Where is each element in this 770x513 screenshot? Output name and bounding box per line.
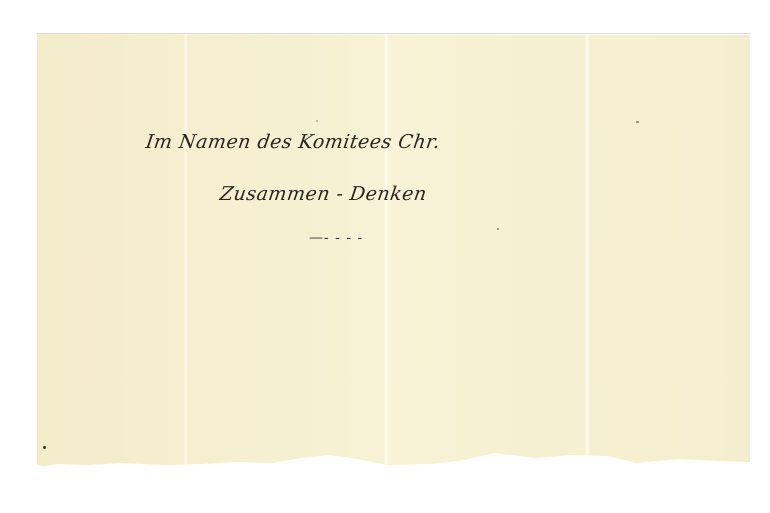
handwritten-line-2: Zusammen - Denken [218,183,428,205]
paper-top-edge [36,33,751,34]
handwritten-line-1: Im Namen des Komitees Chr. [144,131,441,153]
paper-speck [43,446,46,449]
paper-speck [636,121,639,123]
paper-sheet [37,34,750,466]
paper-speck [316,120,318,122]
handwritten-separator: —- - - - [309,230,363,246]
paper-speck [497,228,499,230]
